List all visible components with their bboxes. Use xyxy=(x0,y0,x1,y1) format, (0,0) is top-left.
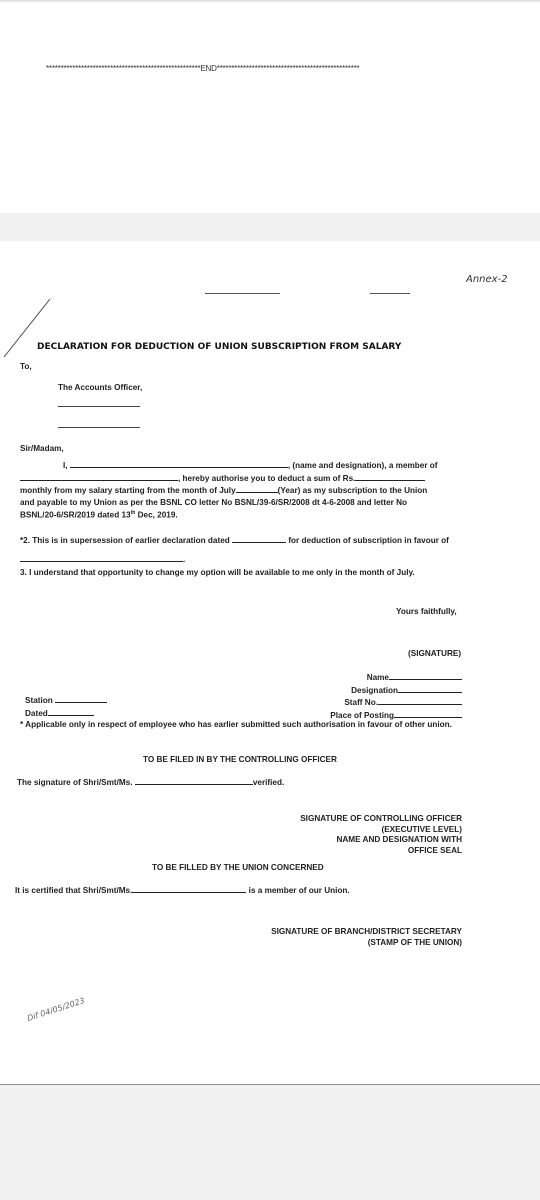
verified-name-field[interactable] xyxy=(135,776,253,785)
signature-verification-line: The signature of Shri/Smt/Ms. verified. xyxy=(17,776,284,787)
to-label: To, xyxy=(20,362,32,371)
scan-mark xyxy=(370,293,410,294)
scan-mark xyxy=(205,293,280,294)
document-page: Annex-2 DECLARATION FOR DEDUCTION OF UNI… xyxy=(0,241,540,1085)
previous-page: ****************************************… xyxy=(0,0,540,213)
station-field[interactable] xyxy=(55,694,107,703)
document-title: DECLARATION FOR DEDUCTION OF UNION SUBSC… xyxy=(37,342,401,352)
year-field[interactable] xyxy=(236,484,278,493)
union-certification-line: It is certified that Shri/Smt/Ms. is a m… xyxy=(15,884,350,895)
union-signature-block: SIGNATURE OF BRANCH/DISTRICT SECRETARY (… xyxy=(250,927,462,948)
authorisation-paragraph: I, , (name and designation), a member of… xyxy=(20,459,463,521)
closing: Yours faithfully, xyxy=(396,607,457,616)
field-name: Name xyxy=(250,671,462,684)
viewer-background xyxy=(0,1085,540,1200)
controlling-officer-signature-block: SIGNATURE OF CONTROLLING OFFICER (EXECUT… xyxy=(250,814,462,856)
option-change-paragraph: 3. I understand that opportunity to chan… xyxy=(20,568,415,577)
handwritten-initials: Dif 04/05/2023 xyxy=(26,996,86,1023)
member-name-field[interactable] xyxy=(132,884,246,893)
employee-details: Name Designation Staff No. Place of Post… xyxy=(250,671,462,721)
controlling-officer-heading: TO BE FILED IN BY THE CONTROLLING OFFICE… xyxy=(143,755,337,764)
salutation: Sir/Madam, xyxy=(20,444,64,453)
designation-field[interactable] xyxy=(398,684,462,693)
staff-no-field[interactable] xyxy=(378,696,462,705)
page-gap xyxy=(0,213,540,241)
end-marker: ****************************************… xyxy=(46,64,426,73)
amount-field[interactable] xyxy=(355,472,425,481)
name-designation-field[interactable] xyxy=(70,459,288,468)
place-of-posting-field[interactable] xyxy=(394,709,462,718)
union-name-field[interactable] xyxy=(20,472,178,481)
field-designation: Designation xyxy=(250,684,462,697)
footnote: * Applicable only in respect of employee… xyxy=(20,719,463,731)
signature-label: (SIGNATURE) xyxy=(408,649,461,658)
earlier-declaration-date-field[interactable] xyxy=(232,534,286,543)
station-date-fields: Station Dated xyxy=(25,694,107,719)
annex-annotation: Annex-2 xyxy=(466,274,508,285)
earlier-union-field[interactable] xyxy=(20,553,183,562)
field-staff-no: Staff No. xyxy=(250,696,462,709)
addressee: The Accounts Officer, xyxy=(58,383,142,392)
address-line-2[interactable] xyxy=(58,427,140,428)
union-heading: TO BE FILLED BY THE UNION CONCERNED xyxy=(152,863,324,872)
supersession-paragraph: *2. This is in supersession of earlier d… xyxy=(20,534,463,565)
dated-field[interactable] xyxy=(48,707,94,716)
address-line-1[interactable] xyxy=(58,406,140,407)
page-shadow xyxy=(0,0,540,3)
name-field[interactable] xyxy=(389,671,462,680)
